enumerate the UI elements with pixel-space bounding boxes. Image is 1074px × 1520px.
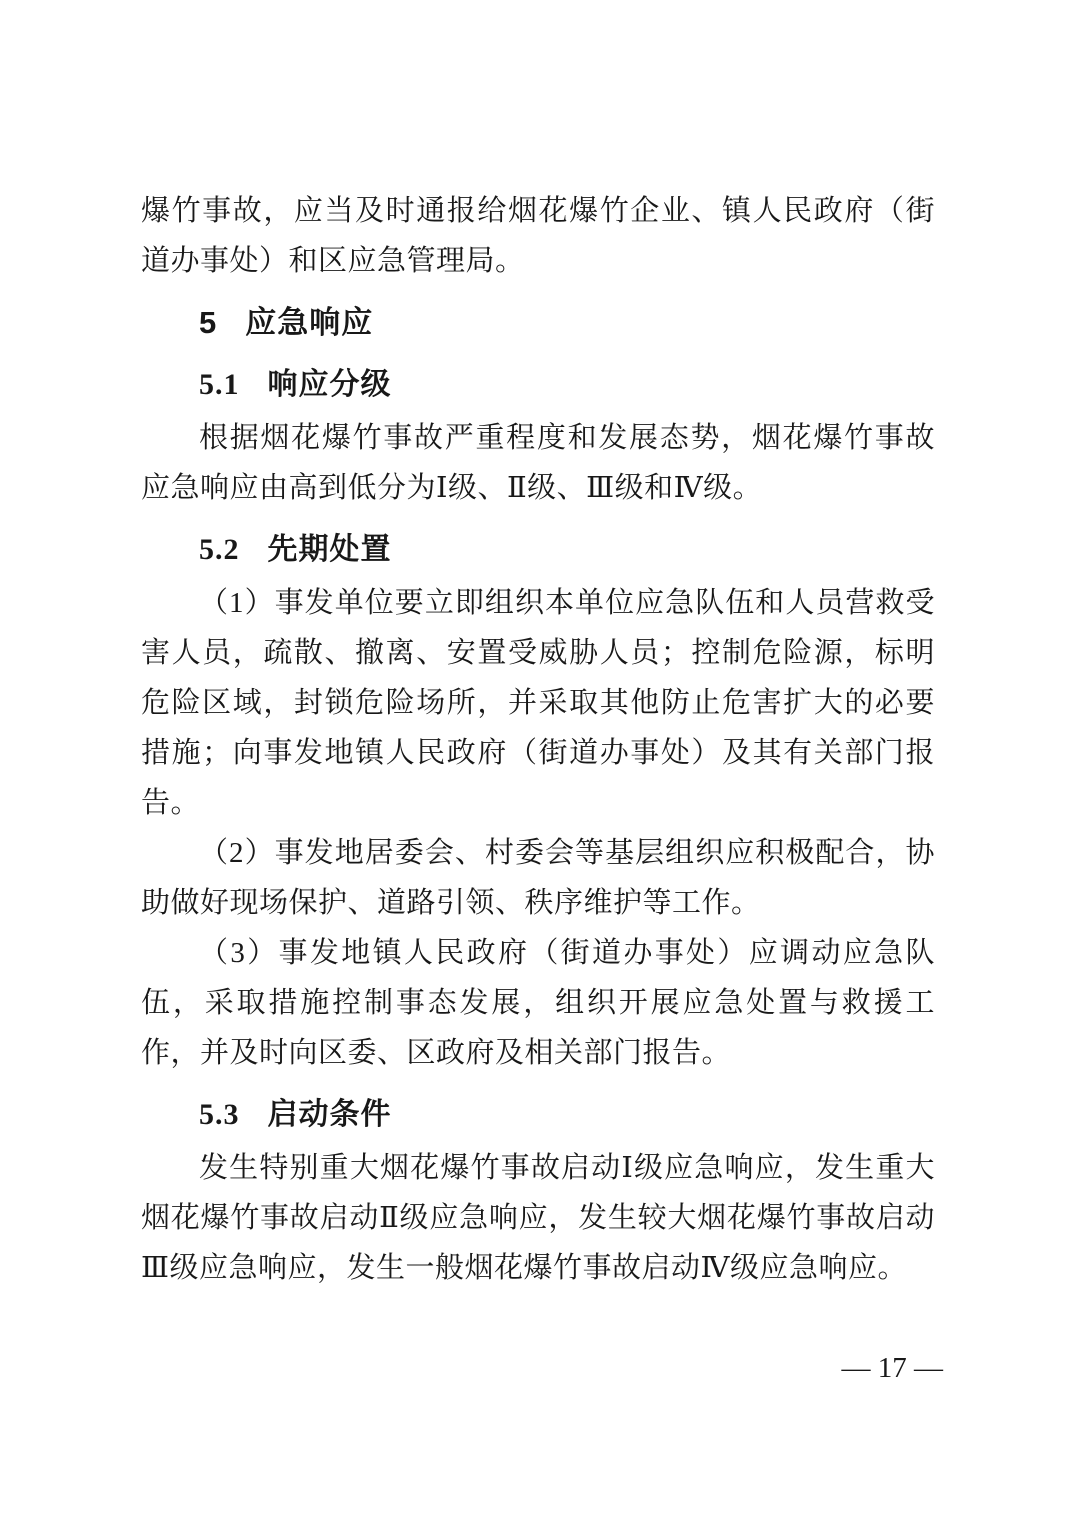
paragraph-response-grading: 根据烟花爆竹事故严重程度和发展态势，烟花爆竹事故应急响应由高到低分为Ⅰ级、Ⅱ级、…	[141, 413, 935, 513]
paragraph-initial-disposal-2: （2）事发地居委会、村委会等基层组织应积极配合，协助做好现场保护、道路引领、秩序…	[141, 828, 935, 928]
paragraph-activation-conditions: 发生特别重大烟花爆竹事故启动Ⅰ级应急响应，发生重大烟花爆竹事故启动Ⅱ级应急响应，…	[141, 1143, 935, 1293]
paragraph-continuation: 爆竹事故，应当及时通报给烟花爆竹企业、镇人民政府（街道办事处）和区应急管理局。	[141, 186, 935, 286]
subsection-5-2-number: 5.2	[199, 533, 240, 566]
page-content: 爆竹事故，应当及时通报给烟花爆竹企业、镇人民政府（街道办事处）和区应急管理局。 …	[141, 186, 935, 1293]
subsection-5-3-number: 5.3	[199, 1098, 240, 1131]
page-number: — 17 —	[842, 1350, 944, 1386]
paragraph-initial-disposal-3: （3）事发地镇人民政府（街道办事处）应调动应急队伍，采取措施控制事态发展，组织开…	[141, 928, 935, 1078]
subsection-5-2-heading: 5.2先期处置	[141, 525, 935, 575]
subsection-5-3-heading: 5.3启动条件	[141, 1090, 935, 1140]
subsection-5-1-title: 响应分级	[268, 368, 392, 401]
subsection-5-2-title: 先期处置	[268, 533, 392, 566]
section-5-number: 5	[199, 305, 217, 340]
subsection-5-1-number: 5.1	[199, 368, 240, 401]
subsection-5-3-title: 启动条件	[268, 1098, 392, 1131]
section-5-title: 应急响应	[245, 305, 373, 340]
paragraph-initial-disposal-1: （1）事发单位要立即组织本单位应急队伍和人员营救受害人员，疏散、撤离、安置受威胁…	[141, 578, 935, 828]
subsection-5-1-heading: 5.1响应分级	[141, 360, 935, 410]
document-page: 爆竹事故，应当及时通报给烟花爆竹企业、镇人民政府（街道办事处）和区应急管理局。 …	[0, 0, 1074, 1520]
section-5-heading: 5应急响应	[141, 298, 935, 348]
